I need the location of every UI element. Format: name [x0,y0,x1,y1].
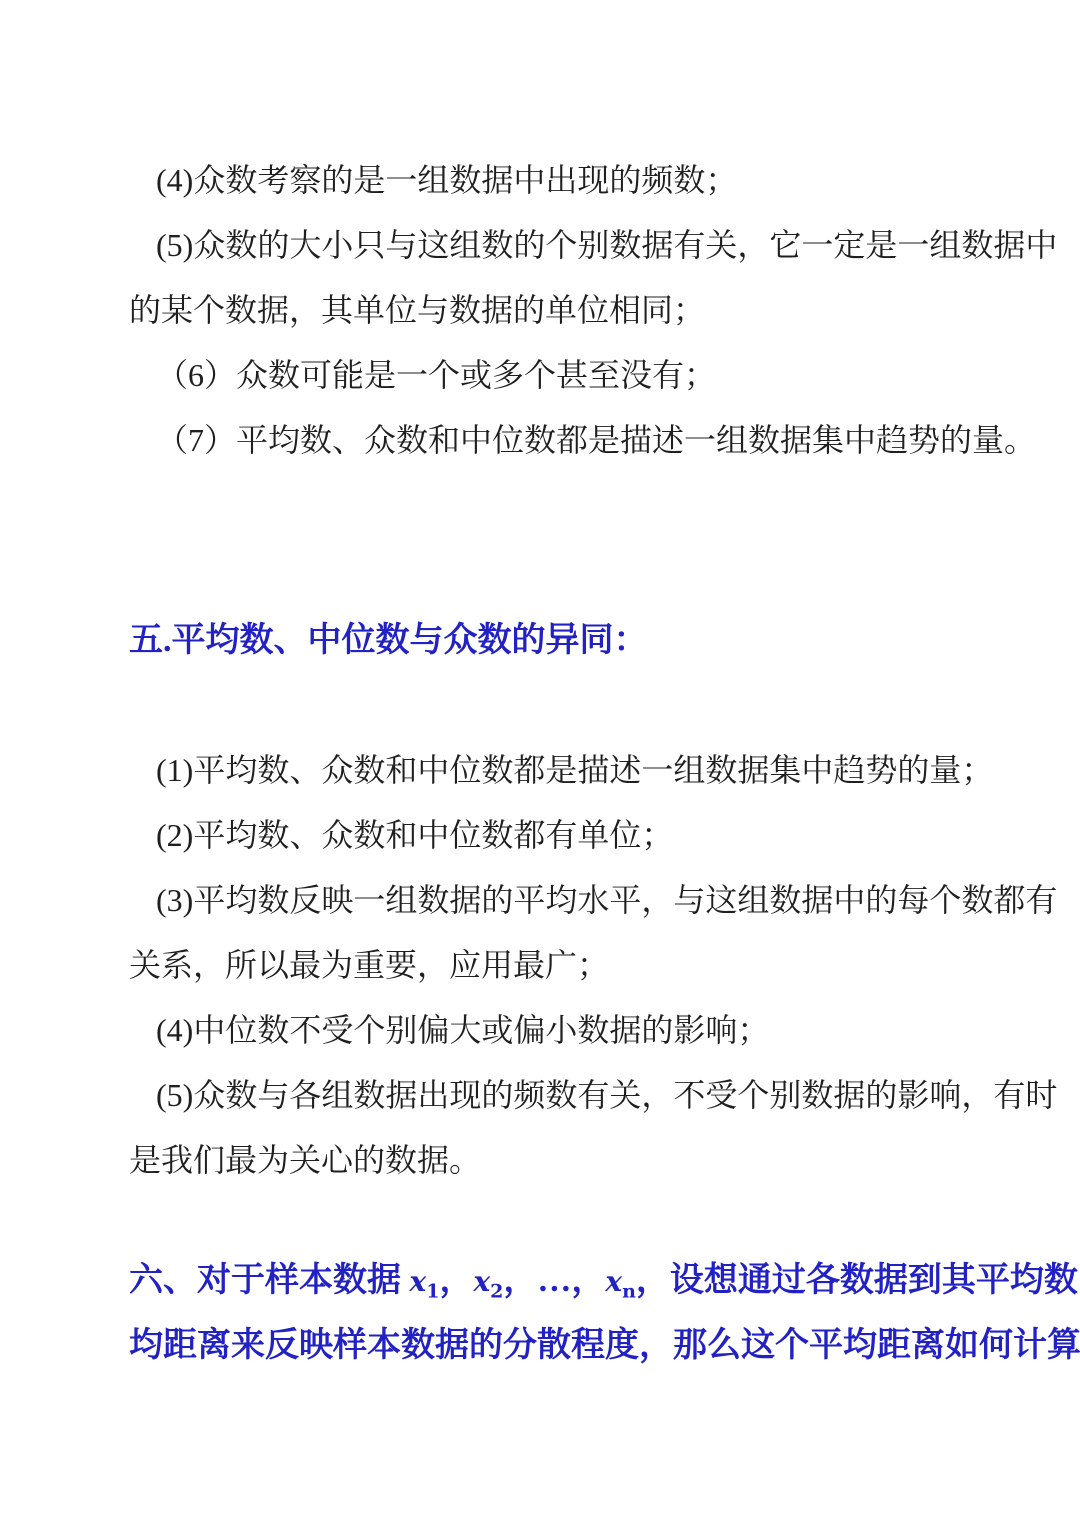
note-item-5-line-1: (5)众数的大小只与这组数的个别数据有关，它一定是一组数据中 [129,213,970,278]
math-variable-x1: x1 [410,1265,440,1298]
separator: ， [439,1262,473,1299]
document-page: (4)众数考察的是一组数据中出现的频数； (5)众数的大小只与这组数的个别数据有… [0,0,1080,1526]
section-6-heading-line-2: 均距离来反映样本数据的分散程度，那么这个平均距离如何计算？ [129,1313,970,1378]
heading-text: ，设想通过各数据到其平均数的平 [636,1262,1080,1299]
sec5-item-5-line-1: (5)众数与各组数据出现的频数有关，不受个别数据的影响，有时 [129,1063,970,1128]
sec5-item-3-line-2: 关系，所以最为重要，应用最广； [129,933,970,998]
note-item-5-line-2: 的某个数据，其单位与数据的单位相同； [129,278,970,343]
section-5-body: (1)平均数、众数和中位数都是描述一组数据集中趋势的量； (2)平均数、众数和中… [129,738,970,1193]
sec5-item-4: (4)中位数不受个别偏大或偏小数据的影响； [129,998,970,1063]
section-5-heading: 五.平均数、中位数与众数的异同： [129,608,970,673]
sec5-item-1: (1)平均数、众数和中位数都是描述一组数据集中趋势的量； [129,738,970,803]
heading-text: 六、对于样本数据 [129,1262,410,1299]
math-variable-x2: x2 [473,1265,503,1298]
sec5-item-3-line-1: (3)平均数反映一组数据的平均水平，与这组数据中的每个数都有 [129,868,970,933]
section-6-heading: 六、对于样本数据 x1，x2，…，xn，设想通过各数据到其平均数的平 均距离来反… [129,1248,970,1378]
separator-ellipsis: ，…， [503,1262,605,1299]
mode-notes-section: (4)众数考察的是一组数据中出现的频数； (5)众数的大小只与这组数的个别数据有… [129,148,970,473]
section-6-heading-line-1: 六、对于样本数据 x1，x2，…，xn，设想通过各数据到其平均数的平 [129,1248,970,1313]
note-item-7: （7）平均数、众数和中位数都是描述一组数据集中趋势的量。 [129,408,970,473]
sec5-item-5-line-2: 是我们最为关心的数据。 [129,1128,970,1193]
sec5-item-2: (2)平均数、众数和中位数都有单位； [129,803,970,868]
note-item-6: （6）众数可能是一个或多个甚至没有； [129,343,970,408]
note-item-4: (4)众数考察的是一组数据中出现的频数； [129,148,970,213]
math-variable-xn: xn [605,1265,636,1298]
